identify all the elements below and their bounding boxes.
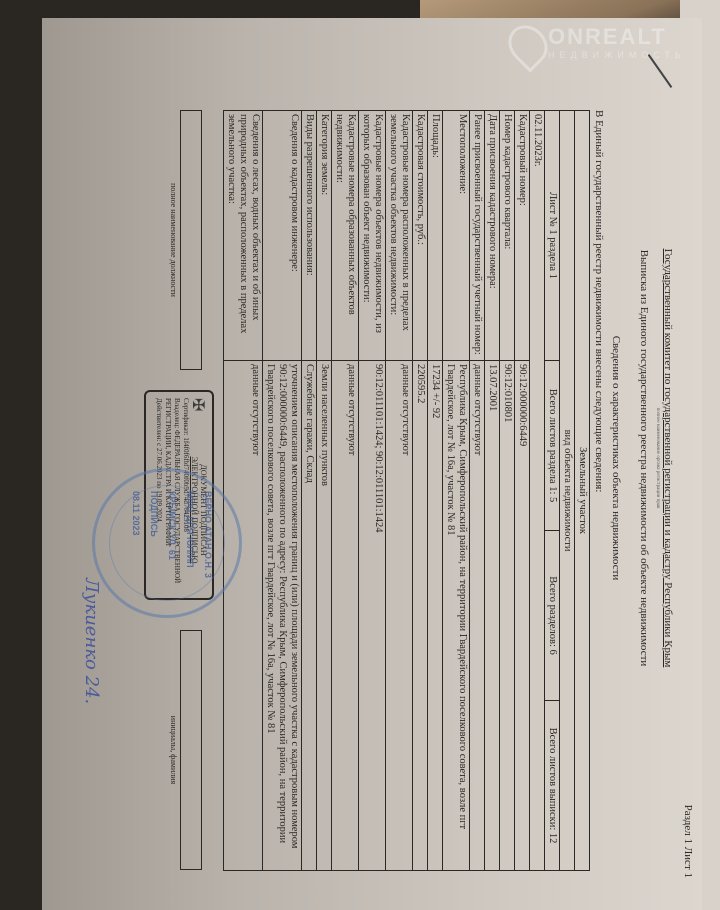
row-value: Служебные гаражи, Склад xyxy=(302,361,317,871)
table-row: Номер кадастрового квартала:90:12:010801 xyxy=(500,111,515,871)
row-value: Земли населенных пунктов xyxy=(317,361,332,871)
row-value: уточнением описания местоположения грани… xyxy=(263,361,302,871)
characteristics-table: Земельный участок вид объекта недвижимос… xyxy=(223,110,590,871)
row-label: Площадь: xyxy=(428,111,443,361)
section-label: Раздел 1 Лист 1 xyxy=(682,18,694,878)
table-row: Виды разрешенного использования:Служебны… xyxy=(302,111,317,871)
row-value: данные отсутствуют xyxy=(224,361,263,871)
object-type-caption: вид объекта недвижимости xyxy=(560,111,575,871)
table-row: Кадастровые номера расположенных в преде… xyxy=(386,111,413,871)
info-heading: Сведения о характеристиках объекта недви… xyxy=(610,68,622,848)
row-label: Сведения о кадастровом инженере: xyxy=(263,111,302,361)
stamp-line-1: ВЕРНО АТАН О.Н. 3 xyxy=(203,491,213,611)
row-value: 13.07.2001 xyxy=(485,361,500,871)
position-caption: полное наименование должности xyxy=(169,110,178,370)
table-row: Кадастровые номера объектов недвижимости… xyxy=(359,111,386,871)
row-label: Сведения о лесах, водных объектах и об и… xyxy=(224,111,263,361)
stamp-line-3: КРЫМСК УЛ. 61 xyxy=(167,491,177,611)
stamp-line-4: ПОДПИСЬ xyxy=(149,491,159,611)
certification-stamp: ВЕРНО АТАН О.Н. 3 МФЦ ДЛЯ ЮЛ/ИП КРЫМСК У… xyxy=(92,468,242,618)
authority-caption: полное наименование органа регистрации п… xyxy=(655,68,660,848)
table-row: Местоположение:Республика Крым, Симфероп… xyxy=(443,111,470,871)
row-value: 90:12:011101:1424; 90:12:011101:1424 xyxy=(359,361,386,871)
section-sheets: Всего листов раздела 1: 5 xyxy=(545,361,560,531)
sheet-label: Лист № 1 раздела 1 xyxy=(545,111,560,361)
row-value: Республика Крым, Симферопольский район, … xyxy=(443,361,470,871)
row-value: данные отсутствуют xyxy=(386,361,413,871)
watermark-tagline: НЕДВИЖИМОСТЬ xyxy=(548,50,686,60)
row-label: Кадастровая стоимость, руб.: xyxy=(413,111,428,361)
object-type: Земельный участок xyxy=(575,111,590,871)
handwritten-note: Лукиенко 24. xyxy=(81,578,102,704)
document-date: 02.11.2023г. xyxy=(530,111,545,871)
extract-sheets: Всего листов выписки: 12 xyxy=(545,701,560,871)
row-value: данные отсутствуют xyxy=(332,361,359,871)
row-label: Номер кадастрового квартала: xyxy=(500,111,515,361)
row-value: 90:12:000000:6449 xyxy=(515,361,530,871)
table-row: Ранее присвоенный государственный учетны… xyxy=(470,111,485,871)
row-label: Категория земель: xyxy=(317,111,332,361)
watermark-brand: ONREALT xyxy=(548,24,686,50)
row-label: Кадастровые номера образованных объектов… xyxy=(332,111,359,361)
sections-total: Всего разделов: 6 xyxy=(545,531,560,701)
eagle-emblem-icon: ✠ xyxy=(186,398,208,420)
table-row: Дата присвоения кадастрового номера:13.0… xyxy=(485,111,500,871)
intro-text: В Единый государственный реестр недвижим… xyxy=(593,110,605,492)
document-page: Раздел 1 Лист 1 Государственный комитет … xyxy=(42,18,702,910)
position-field xyxy=(180,110,202,370)
row-label: Дата присвоения кадастрового номера: xyxy=(485,111,500,361)
stamp-line-2: МФЦ ДЛЯ ЮЛ/ИП xyxy=(185,491,195,611)
stamp-date: 08.11 2023 xyxy=(131,491,141,611)
table-row: Сведения о кадастровом инженере:уточнени… xyxy=(263,111,302,871)
table-row: Сведения о лесах, водных объектах и об и… xyxy=(224,111,263,871)
document-title: Выписка из Единого государственного реес… xyxy=(638,68,650,848)
table-row: Категория земель:Земли населенных пункто… xyxy=(317,111,332,871)
table-row: Кадастровая стоимость, руб.:220595.2 xyxy=(413,111,428,871)
authority-name: Государственный комитет по государственн… xyxy=(662,68,674,848)
row-label: Виды разрешенного использования: xyxy=(302,111,317,361)
row-label: Кадастровые номера объектов недвижимости… xyxy=(359,111,386,361)
row-value: 17234 +/- 92 xyxy=(428,361,443,871)
row-value: данные отсутствуют xyxy=(470,361,485,871)
name-caption: инициалы, фамилия xyxy=(169,630,178,870)
name-field xyxy=(180,630,202,870)
row-label: Местоположение: xyxy=(443,111,470,361)
table-row: Кадастровый номер:90:12:000000:6449 xyxy=(515,111,530,871)
table-row: Площадь:17234 +/- 92 xyxy=(428,111,443,871)
watermark: ONREALT НЕДВИЖИМОСТЬ xyxy=(510,24,686,60)
table-row: Кадастровые номера образованных объектов… xyxy=(332,111,359,871)
row-value: 90:12:010801 xyxy=(500,361,515,871)
row-value: 220595.2 xyxy=(413,361,428,871)
row-label: Ранее присвоенный государственный учетны… xyxy=(470,111,485,361)
row-label: Кадастровые номера расположенных в преде… xyxy=(386,111,413,361)
row-label: Кадастровый номер: xyxy=(515,111,530,361)
